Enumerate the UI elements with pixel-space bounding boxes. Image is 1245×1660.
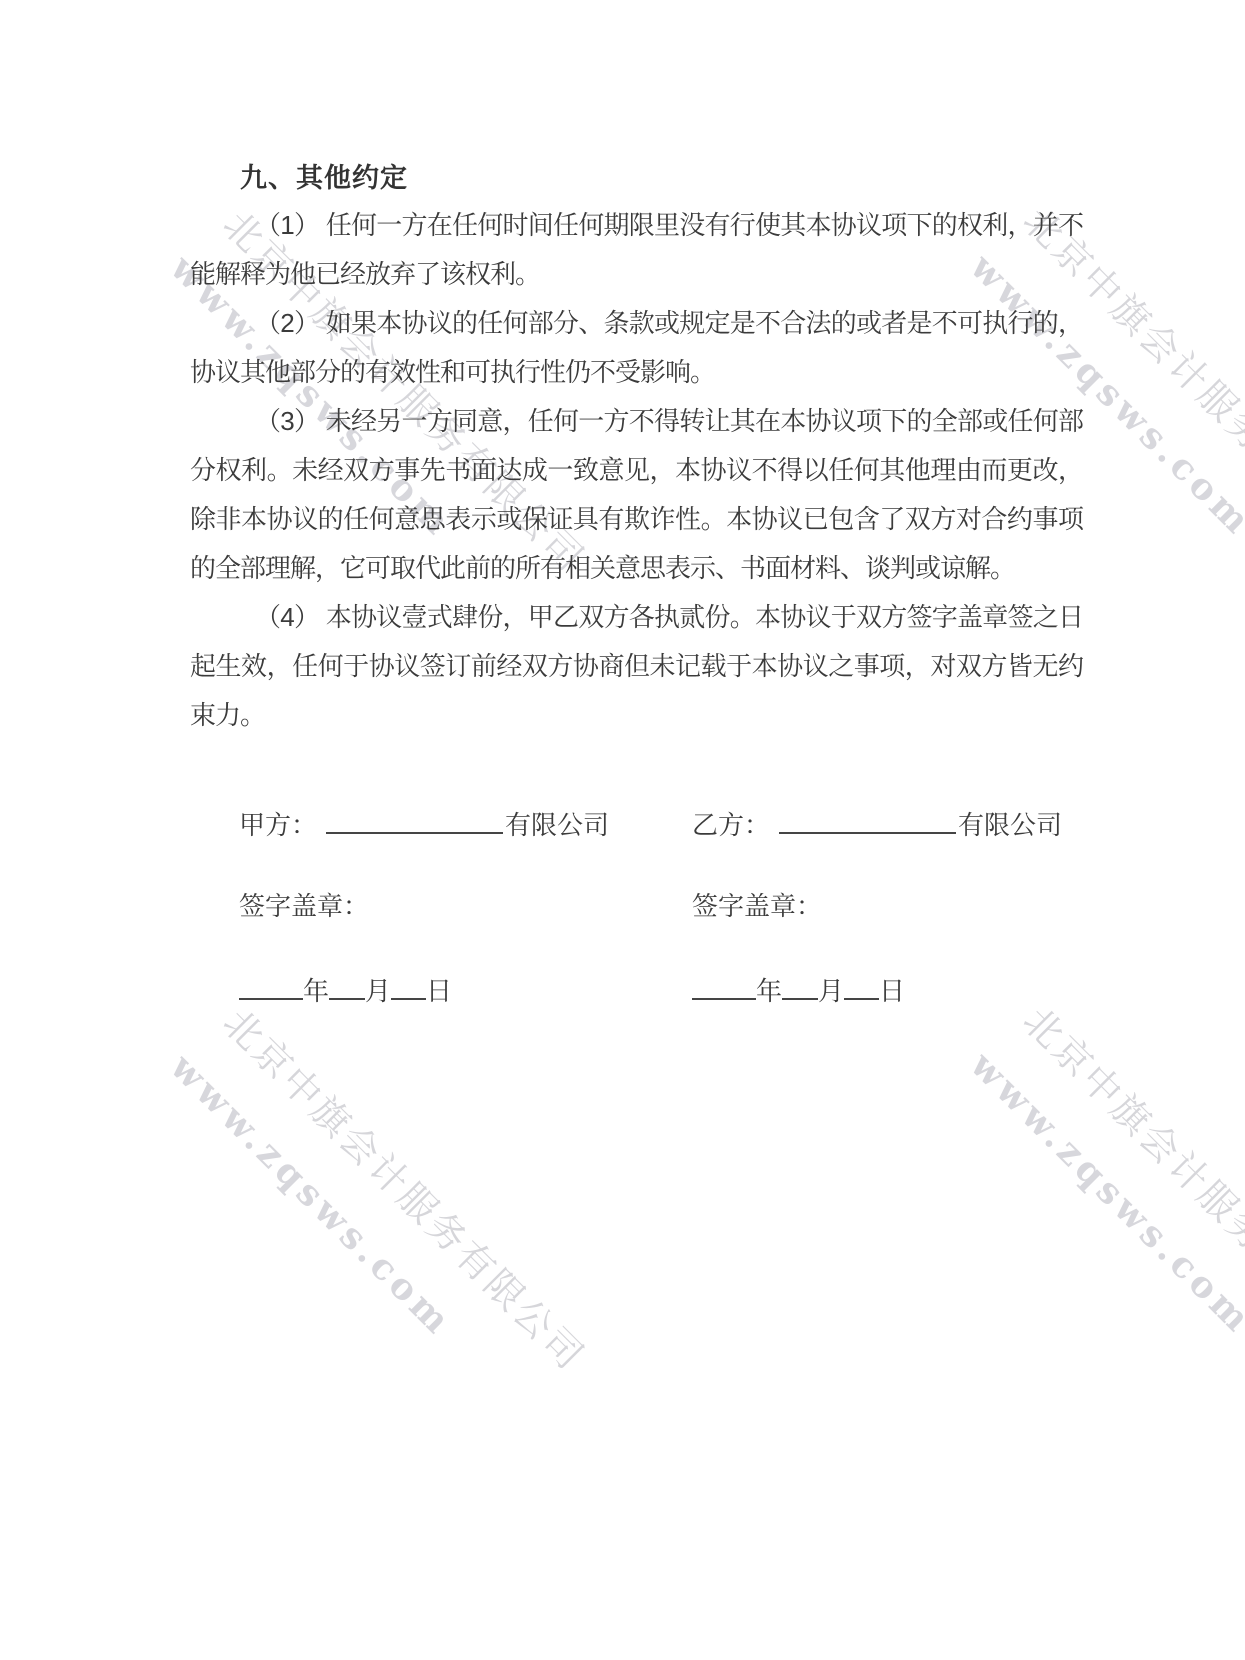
year-label: 年	[303, 976, 329, 1006]
party-a-seal-line: 签字盖章：	[239, 889, 369, 923]
company-suffix: 有限公司	[505, 810, 609, 840]
year-blank	[239, 972, 303, 1000]
party-a-line: 甲方：有限公司	[239, 806, 609, 842]
day-blank	[391, 972, 426, 1000]
month-label: 月	[818, 976, 844, 1006]
month-blank	[782, 972, 818, 1000]
party-b-name-blank	[779, 806, 956, 834]
clause-paragraph: （3） 未经另一方同意，任何一方不得转让其在本协议项下的全部或任何部分权利。未经…	[190, 397, 1083, 593]
company-suffix: 有限公司	[958, 810, 1062, 840]
clause-paragraph: （4） 本协议壹式肆份，甲乙双方各执贰份。本协议于双方签字盖章签之日起生效，任何…	[190, 593, 1083, 740]
year-label: 年	[756, 976, 782, 1006]
party-a-label: 甲方：	[239, 810, 317, 840]
clause-list: （1） 任何一方在任何时间任何期限里没有行使其本协议项下的权利，并不能解释为他已…	[190, 201, 1083, 740]
party-b-label: 乙方：	[692, 810, 770, 840]
month-blank	[329, 972, 365, 1000]
clause-paragraph: （2） 如果本协议的任何部分、条款或规定是不合法的或者是不可执行的，协议其他部分…	[190, 299, 1083, 397]
party-a-name-blank	[326, 806, 503, 834]
party-b-seal-line: 签字盖章：	[692, 889, 822, 923]
day-blank	[844, 972, 879, 1000]
clause-paragraph: （1） 任何一方在任何时间任何期限里没有行使其本协议项下的权利，并不能解释为他已…	[190, 201, 1083, 299]
month-label: 月	[365, 976, 391, 1006]
section-title: 九、其他约定	[240, 156, 408, 195]
watermark-company-text: 北京中旗会计服务有限公司	[213, 994, 600, 1381]
watermark-url-text: www.zqsws.com	[962, 1044, 1245, 1343]
party-a-date-line: 年月日	[239, 972, 452, 1008]
watermark-url-text: www.zqsws.com	[162, 1046, 461, 1345]
watermark-company-text: 北京中旗会计服务有限公司	[1013, 992, 1245, 1379]
year-blank	[692, 972, 756, 1000]
day-label: 日	[426, 976, 452, 1006]
party-b-date-line: 年月日	[692, 972, 905, 1008]
party-b-line: 乙方：有限公司	[692, 806, 1062, 842]
sign-seal-label: 签字盖章：	[692, 891, 822, 921]
day-label: 日	[879, 976, 905, 1006]
sign-seal-label: 签字盖章：	[239, 891, 369, 921]
contract-page: 北京中旗会计服务有限公司 www.zqsws.com 北京中旗会计服务有限公司 …	[0, 0, 1245, 1660]
